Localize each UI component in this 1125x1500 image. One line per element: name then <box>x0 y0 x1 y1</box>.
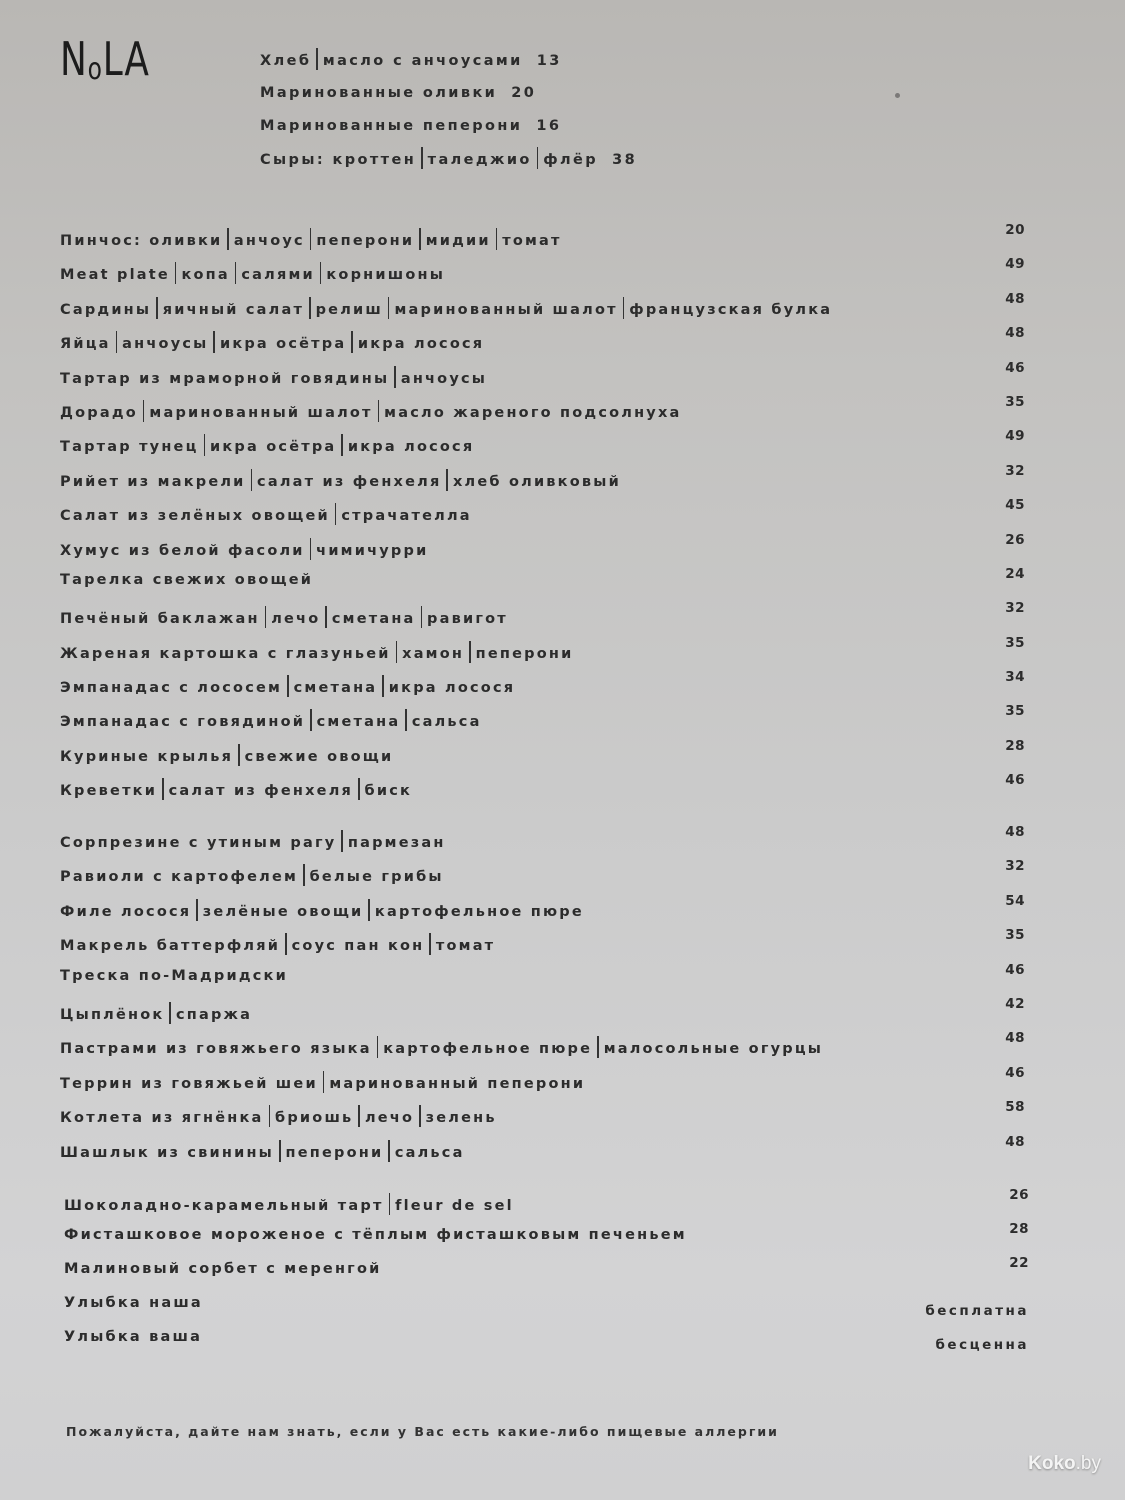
dish-component: маринованный шалот <box>149 405 372 421</box>
dish-component: малосольные огурцы <box>604 1041 823 1057</box>
dish-price: 24 <box>1005 566 1025 582</box>
menu-item: Тарелка свежих овощей24 <box>60 572 1025 606</box>
dish-component: чимичурри <box>316 543 428 559</box>
dish-price: 58 <box>1005 1099 1025 1115</box>
dish-component: французская булка <box>629 302 832 318</box>
dish-component: сальса <box>395 1145 465 1161</box>
menu-item: Треска по-Мадридски46 <box>60 968 1025 1002</box>
separator-bar <box>341 830 343 852</box>
separator-bar <box>405 709 407 731</box>
logo-part: N <box>60 32 88 86</box>
dish-component: Цыплёнок <box>60 1007 164 1023</box>
dish-name: Террин из говяжьей шеимаринованный пепер… <box>60 1071 585 1093</box>
menu-item: Террин из говяжьей шеимаринованный пепер… <box>60 1071 1025 1105</box>
dish-name: Пинчос: оливкианчоуспеперонимидиитомат <box>60 228 562 250</box>
dish-component: масло с анчоусами <box>323 53 523 69</box>
dish-name: Эмпанадас с говядинойсметанасальса <box>60 709 482 731</box>
dish-component: Жареная картошка с глазуньей <box>60 646 391 662</box>
dish-component: Пинчос: оливки <box>60 233 222 249</box>
starter-price: 16 <box>536 118 561 134</box>
dish-name: Печёный баклажанлечосметанаравигот <box>60 606 508 628</box>
dish-component: Яйца <box>60 336 111 352</box>
dish-name: Равиоли с картофелембелые грибы <box>60 864 444 886</box>
dish-name: Жареная картошка с глазуньейхамонпеперон… <box>60 641 573 663</box>
menu-item: Улыбка нашабесплатна <box>64 1295 1029 1329</box>
dish-price: 46 <box>1005 962 1025 978</box>
menu-item: Улыбка вашабесценна <box>64 1329 1029 1363</box>
separator-bar <box>213 331 215 353</box>
dish-name: Тартар из мраморной говядиныанчоусы <box>60 366 487 388</box>
starter-item: Сыры: кроттенталеджиофлёр38 <box>260 147 637 180</box>
separator-bar <box>597 1036 599 1058</box>
separator-bar <box>623 297 625 319</box>
dish-component: таледжио <box>428 152 532 168</box>
dish-name: Салат из зелёных овощейстрачателла <box>60 503 472 525</box>
dish-price: 48 <box>1005 1030 1025 1046</box>
dish-component: белые грибы <box>310 869 444 885</box>
separator-bar <box>279 1140 281 1162</box>
dish-component: салями <box>241 267 315 283</box>
dish-component: Дорадо <box>60 405 138 421</box>
separator-bar <box>446 469 448 491</box>
menu-item: Макрель баттерфляйсоус пан контомат35 <box>60 933 1025 967</box>
separator-bar <box>169 1002 171 1024</box>
dish-price: 22 <box>1009 1255 1029 1271</box>
separator-bar <box>469 641 471 663</box>
separator-bar <box>303 864 305 886</box>
dish-component: пеперони <box>316 233 414 249</box>
separator-bar <box>265 606 267 628</box>
dish-component: пеперони <box>476 646 574 662</box>
dish-name: Куриные крыльясвежие овощи <box>60 744 393 766</box>
menu-item: Печёный баклажанлечосметанаравигот32 <box>60 606 1025 640</box>
menu-item: Хумус из белой фасоличимичурри26 <box>60 538 1025 572</box>
separator-bar <box>358 778 360 800</box>
dish-component: флёр <box>543 152 598 168</box>
dish-component: Тартар тунец <box>60 439 199 455</box>
dish-component: Маринованные пеперони <box>260 118 522 134</box>
dish-name: Улыбка наша <box>64 1295 203 1311</box>
menu-item: Пинчос: оливкианчоуспеперонимидиитомат20 <box>60 228 1025 262</box>
dish-price: 28 <box>1005 738 1025 754</box>
dish-component: биск <box>365 783 413 799</box>
dish-component: Хумус из белой фасоли <box>60 543 305 559</box>
dish-component: Равиоли с картофелем <box>60 869 298 885</box>
dish-component: Хлеб <box>260 53 311 69</box>
dish-component: соус пан кон <box>292 938 425 954</box>
dish-price: 26 <box>1005 532 1025 548</box>
separator-bar <box>396 641 398 663</box>
dish-component: зелёные овощи <box>203 904 364 920</box>
dish-component: Сорпрезине с утиным рагу <box>60 835 336 851</box>
dish-component: Meat plate <box>60 267 170 283</box>
dish-name: Цыплёнокспаржа <box>60 1002 252 1024</box>
dish-component: Пастрами из говяжьего языка <box>60 1041 372 1057</box>
menu-item: Салат из зелёных овощейстрачателла45 <box>60 503 1025 537</box>
separator-bar <box>496 228 498 250</box>
separator-bar <box>310 709 312 731</box>
dish-component: пармезан <box>348 835 446 851</box>
dish-price: 49 <box>1005 256 1025 272</box>
dish-component: страчателла <box>341 508 471 524</box>
dish-component: зелень <box>426 1110 497 1126</box>
dish-component: сметана <box>317 714 401 730</box>
dish-component: Сардины <box>60 302 151 318</box>
dish-component: сметана <box>294 680 378 696</box>
menu-item: Дорадомаринованный шалотмасло жареного п… <box>60 400 1025 434</box>
starter-item: Хлебмасло с анчоусами13 <box>260 48 637 81</box>
dish-component: Шашлык из свинины <box>60 1145 274 1161</box>
dish-component: салат из фенхеля <box>257 474 441 490</box>
dish-name: Шоколадно-карамельный тартfleur de sel <box>64 1193 514 1215</box>
dish-price: 48 <box>1005 824 1025 840</box>
dish-component: анчоусы <box>401 371 487 387</box>
separator-bar <box>162 778 164 800</box>
dish-price: бесценна <box>935 1337 1029 1353</box>
menu-section-snacks: Пинчос: оливкианчоуспеперонимидиитомат20… <box>60 228 1025 813</box>
dish-component: корнишоны <box>326 267 445 283</box>
dish-component: Улыбка ваша <box>64 1329 202 1345</box>
separator-bar <box>285 933 287 955</box>
menu-item: Эмпанадас с лососемсметанаикра лосося34 <box>60 675 1025 709</box>
menu-item: Цыплёнокспаржа42 <box>60 1002 1025 1036</box>
allergy-notice: Пожалуйста, дайте нам знать, если у Вас … <box>66 1424 779 1439</box>
starter-item: Маринованные пеперони16 <box>260 114 637 147</box>
dish-name: Фисташковое мороженое с тёплым фисташков… <box>64 1227 687 1243</box>
menu-item: Тартар из мраморной говядиныанчоусы46 <box>60 366 1025 400</box>
dish-component: сальса <box>412 714 482 730</box>
menu-item: Котлета из ягнёнкабриошьлечозелень58 <box>60 1105 1025 1139</box>
dish-component: свежие овощи <box>245 749 394 765</box>
menu-item: Шашлык из свининыпеперонисальса48 <box>60 1140 1025 1174</box>
dish-component: маринованный пеперони <box>329 1076 585 1092</box>
dish-component: масло жареного подсолнуха <box>384 405 681 421</box>
dish-component: Куриные крылья <box>60 749 233 765</box>
menu-item: Куриные крыльясвежие овощи28 <box>60 744 1025 778</box>
dish-component: Тартар из мраморной говядины <box>60 371 389 387</box>
dish-price: 42 <box>1005 996 1025 1012</box>
dish-component: Печёный баклажан <box>60 611 260 627</box>
dish-name: Тартар тунецикра осётраикра лосося <box>60 434 474 456</box>
dish-component: сметана <box>332 611 416 627</box>
paper-speck <box>895 93 900 98</box>
dish-component: Фисташковое мороженое с тёплым фисташков… <box>64 1227 687 1243</box>
separator-bar <box>419 228 421 250</box>
separator-bar <box>287 675 289 697</box>
starter-price: 38 <box>612 152 637 168</box>
dish-price: 46 <box>1005 360 1025 376</box>
dish-name: Тарелка свежих овощей <box>60 572 313 588</box>
dish-component: Салат из зелёных овощей <box>60 508 330 524</box>
separator-bar <box>429 933 431 955</box>
logo-part: LA <box>103 32 150 86</box>
menu-section-desserts: Шоколадно-карамельный тартfleur de sel26… <box>60 1193 1025 1363</box>
dish-price: 46 <box>1005 772 1025 788</box>
dish-price: 54 <box>1005 893 1025 909</box>
dish-name: Сардиныяичный салатрелишмаринованный шал… <box>60 297 832 319</box>
menu-item: Шоколадно-карамельный тартfleur de sel26 <box>64 1193 1029 1227</box>
separator-bar <box>323 1071 325 1093</box>
dish-component: салат из фенхеля <box>169 783 353 799</box>
dish-component: икра лосося <box>348 439 474 455</box>
dish-component: Котлета из ягнёнка <box>60 1110 264 1126</box>
menu-item: Равиоли с картофелембелые грибы32 <box>60 864 1025 898</box>
dish-price: 26 <box>1009 1187 1029 1203</box>
logo-part: o <box>88 52 103 87</box>
dish-component: Тарелка свежих овощей <box>60 572 313 588</box>
separator-bar <box>335 503 337 525</box>
dish-component: маринованный шалот <box>394 302 617 318</box>
dish-price: 35 <box>1005 927 1025 943</box>
separator-bar <box>388 297 390 319</box>
dish-name: Эмпанадас с лососемсметанаикра лосося <box>60 675 515 697</box>
menu-item: Тартар тунецикра осётраикра лосося49 <box>60 434 1025 468</box>
separator-bar <box>269 1105 271 1127</box>
dish-price: 35 <box>1005 394 1025 410</box>
separator-bar <box>421 606 423 628</box>
dish-name: Макрель баттерфляйсоус пан контомат <box>60 933 495 955</box>
dish-component: анчоусы <box>122 336 208 352</box>
dish-name: Шашлык из свининыпеперонисальса <box>60 1140 465 1162</box>
dish-name: Рийет из макрелисалат из фенхеляхлеб оли… <box>60 469 621 491</box>
watermark-logo: Koko.by <box>1028 1453 1101 1475</box>
separator-bar <box>358 1105 360 1127</box>
separator-bar <box>377 1036 379 1058</box>
dish-component: томат <box>502 233 561 249</box>
dish-price: 20 <box>1005 222 1025 238</box>
separator-bar <box>320 262 322 284</box>
separator-bar <box>389 1193 391 1215</box>
dish-component: картофельное пюре <box>375 904 584 920</box>
dish-component: хлеб оливковый <box>453 474 621 490</box>
separator-bar <box>196 899 198 921</box>
watermark-bold: Koko <box>1028 1453 1076 1474</box>
dish-component: икра осётра <box>210 439 336 455</box>
separator-bar <box>378 400 380 422</box>
separator-bar <box>310 538 312 560</box>
menu-item: Пастрами из говяжьего языкакартофельное … <box>60 1036 1025 1070</box>
dish-component: Террин из говяжьей шеи <box>60 1076 318 1092</box>
menu-item: Сорпрезине с утиным рагупармезан48 <box>60 830 1025 864</box>
dish-component: лечо <box>271 611 320 627</box>
menu-item: Филе лососязелёные овощикартофельное пюр… <box>60 899 1025 933</box>
dish-component: Рийет из макрели <box>60 474 246 490</box>
starter-price: 13 <box>537 53 562 69</box>
separator-bar <box>388 1140 390 1162</box>
dish-component: пеперони <box>286 1145 384 1161</box>
separator-bar <box>316 48 318 70</box>
dish-name: Пастрами из говяжьего языкакартофельное … <box>60 1036 823 1058</box>
dish-price: 48 <box>1005 291 1025 307</box>
dish-component: равигот <box>427 611 508 627</box>
starters-list: Хлебмасло с анчоусами13Маринованные олив… <box>260 48 637 180</box>
dish-component: хамон <box>402 646 464 662</box>
dish-price: 35 <box>1005 703 1025 719</box>
dish-component: лечо <box>365 1110 414 1126</box>
dish-component: Улыбка наша <box>64 1295 203 1311</box>
dish-name: Креветкисалат из фенхелябиск <box>60 778 412 800</box>
dish-component: Шоколадно-карамельный тарт <box>64 1198 384 1214</box>
dish-component: релиш <box>316 302 383 318</box>
dish-component: fleur de sel <box>395 1198 514 1214</box>
menu-item: Малиновый сорбет с меренгой22 <box>64 1261 1029 1295</box>
dish-component: томат <box>436 938 495 954</box>
dish-price: 35 <box>1005 635 1025 651</box>
dish-name: Дорадомаринованный шалотмасло жареного п… <box>60 400 682 422</box>
dish-component: Эмпанадас с лососем <box>60 680 282 696</box>
separator-bar <box>421 147 423 169</box>
menu-item: Яйцаанчоусыикра осётраикра лосося48 <box>60 331 1025 365</box>
dish-component: анчоус <box>234 233 305 249</box>
menu-item: Сардиныяичный салатрелишмаринованный шал… <box>60 297 1025 331</box>
dish-name: Meat plateкопасалямикорнишоны <box>60 262 445 284</box>
dish-component: Макрель баттерфляй <box>60 938 280 954</box>
dish-component: икра осётра <box>220 336 346 352</box>
separator-bar <box>351 331 353 353</box>
watermark-rest: .by <box>1076 1453 1101 1474</box>
separator-bar <box>143 400 145 422</box>
separator-bar <box>309 297 311 319</box>
separator-bar <box>325 606 327 628</box>
dish-component: Эмпанадас с говядиной <box>60 714 305 730</box>
dish-name: Котлета из ягнёнкабриошьлечозелень <box>60 1105 497 1127</box>
dish-price: 49 <box>1005 428 1025 444</box>
starter-item: Маринованные оливки20 <box>260 81 637 114</box>
dish-name: Филе лососязелёные овощикартофельное пюр… <box>60 899 584 921</box>
dish-component: спаржа <box>176 1007 252 1023</box>
menu-item: Meat plateкопасалямикорнишоны49 <box>60 262 1025 296</box>
dish-component: Маринованные оливки <box>260 85 497 101</box>
dish-component: икра лосося <box>358 336 484 352</box>
menu-item: Рийет из макрелисалат из фенхеляхлеб оли… <box>60 469 1025 503</box>
separator-bar <box>204 434 206 456</box>
separator-bar <box>537 147 539 169</box>
dish-component: икра лосося <box>389 680 515 696</box>
menu-item: Эмпанадас с говядинойсметанасальса35 <box>60 709 1025 743</box>
dish-price: 32 <box>1005 600 1025 616</box>
dish-price: 34 <box>1005 669 1025 685</box>
dish-price: бесплатна <box>925 1303 1029 1319</box>
dish-component: картофельное пюре <box>383 1041 592 1057</box>
dish-price: 28 <box>1009 1221 1029 1237</box>
dish-price: 32 <box>1005 858 1025 874</box>
separator-bar <box>419 1105 421 1127</box>
separator-bar <box>341 434 343 456</box>
separator-bar <box>394 366 396 388</box>
dish-component: мидии <box>426 233 491 249</box>
separator-bar <box>156 297 158 319</box>
separator-bar <box>382 675 384 697</box>
dish-name: Сорпрезине с утиным рагупармезан <box>60 830 446 852</box>
separator-bar <box>175 262 177 284</box>
dish-component: копа <box>181 267 229 283</box>
separator-bar <box>116 331 118 353</box>
starter-price: 20 <box>511 85 536 101</box>
dish-component: Треска по-Мадридски <box>60 968 288 984</box>
dish-price: 45 <box>1005 497 1025 513</box>
dish-price: 48 <box>1005 1134 1025 1150</box>
dish-component: яичный салат <box>163 302 304 318</box>
separator-bar <box>227 228 229 250</box>
dish-component: Сыры: кроттен <box>260 152 416 168</box>
dish-component: Малиновый сорбет с меренгой <box>64 1261 381 1277</box>
dish-price: 46 <box>1005 1065 1025 1081</box>
restaurant-logo: NoLA <box>60 32 150 87</box>
dish-price: 48 <box>1005 325 1025 341</box>
dish-name: Треска по-Мадридски <box>60 968 288 984</box>
dish-name: Малиновый сорбет с меренгой <box>64 1261 381 1277</box>
separator-bar <box>368 899 370 921</box>
separator-bar <box>238 744 240 766</box>
menu-item: Жареная картошка с глазуньейхамонпеперон… <box>60 641 1025 675</box>
dish-name: Улыбка ваша <box>64 1329 202 1345</box>
menu-section-mains: Сорпрезине с утиным рагупармезан48Равиол… <box>60 830 1025 1174</box>
dish-component: Филе лосося <box>60 904 191 920</box>
separator-bar <box>235 262 237 284</box>
menu-item: Фисташковое мороженое с тёплым фисташков… <box>64 1227 1029 1261</box>
dish-name: Хумус из белой фасоличимичурри <box>60 538 428 560</box>
separator-bar <box>310 228 312 250</box>
dish-component: Креветки <box>60 783 157 799</box>
separator-bar <box>251 469 253 491</box>
dish-name: Яйцаанчоусыикра осётраикра лосося <box>60 331 484 353</box>
menu-item: Креветкисалат из фенхелябиск46 <box>60 778 1025 812</box>
dish-component: бриошь <box>275 1110 353 1126</box>
dish-price: 32 <box>1005 463 1025 479</box>
